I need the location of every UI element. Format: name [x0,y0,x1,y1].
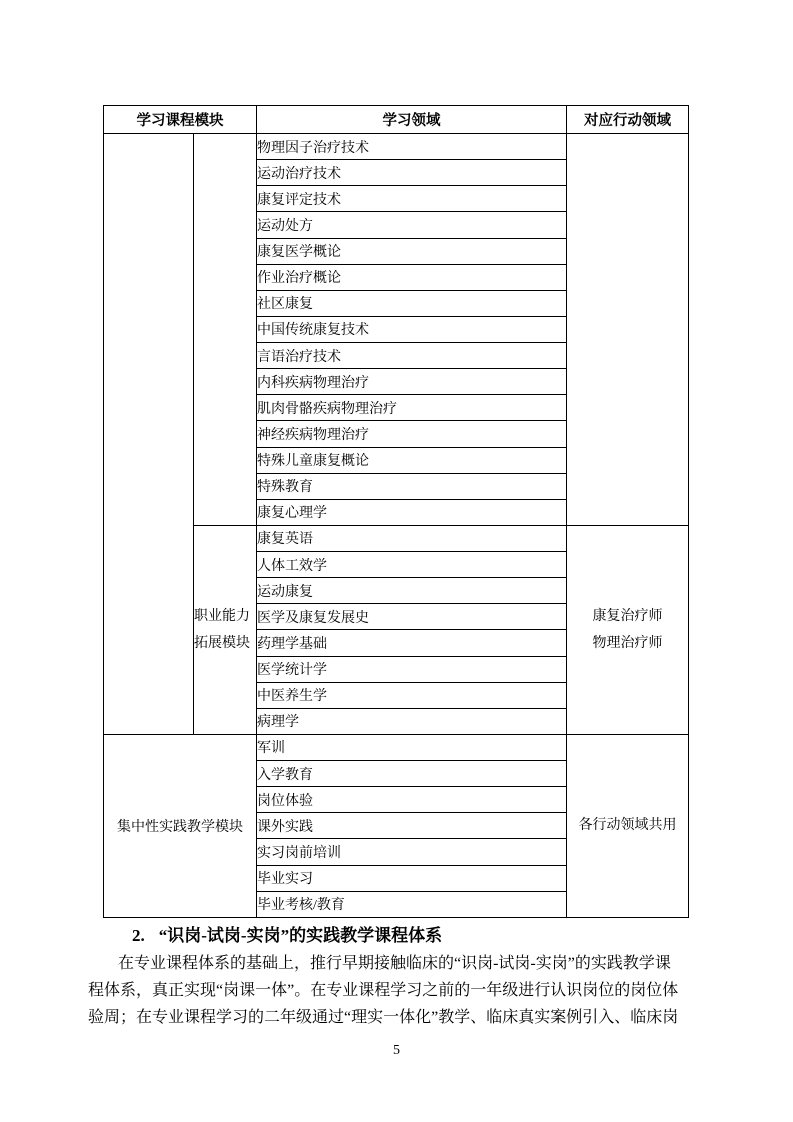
course-cell: 医学统计学 [257,656,567,682]
course-cell: 内科疾病物理治疗 [257,369,567,395]
curriculum-table: 学习课程模块 学习领域 对应行动领域 物理因子治疗技术 运动治疗技术 康复评定技… [103,105,689,918]
course-cell: 实习岗前培训 [257,839,567,865]
page-number: 5 [0,1043,793,1059]
course-cell: 人体工效学 [257,552,567,578]
course-cell: 特殊儿童康复概论 [257,447,567,473]
course-cell: 言语治疗技术 [257,343,567,369]
course-cell: 运动治疗技术 [257,160,567,186]
section-heading: 2.“识岗-试岗-实岗”的实践教学课程体系 [132,921,442,946]
course-cell: 物理因子治疗技术 [257,134,567,160]
course-cell: 药理学基础 [257,630,567,656]
course-cell: 运动处方 [257,212,567,238]
course-cell: 毕业实习 [257,865,567,891]
module-cell: 集中性实践教学模块 [104,734,257,917]
table-header-row: 学习课程模块 学习领域 对应行动领域 [104,106,689,134]
module-cell-empty [104,134,194,735]
course-cell: 康复心理学 [257,499,567,525]
course-cell: 毕业考核/教育 [257,891,567,917]
course-cell: 康复英语 [257,525,567,551]
paragraph-line: 验周；在专业课程学习的二年级通过“理实一体化”教学、临床真实案例引入、临床岗 [88,1004,706,1031]
header-action: 对应行动领域 [567,106,689,134]
header-field: 学习领域 [257,106,567,134]
course-cell: 医学及康复发展史 [257,604,567,630]
section-number: 2. [132,926,145,945]
course-cell: 课外实践 [257,813,567,839]
course-cell: 康复医学概论 [257,238,567,264]
course-cell: 康复评定技术 [257,186,567,212]
submodule-cell-empty [194,134,257,526]
course-cell: 中医养生学 [257,682,567,708]
course-cell: 特殊教育 [257,473,567,499]
header-module: 学习课程模块 [104,106,257,134]
course-cell: 病理学 [257,708,567,734]
section-title: “识岗-试岗-实岗”的实践教学课程体系 [159,926,442,945]
course-cell: 入学教育 [257,761,567,787]
body-paragraph: 在专业课程体系的基础上，推行早期接触临床的“识岗-试岗-实岗”的实践教学课 程体… [88,950,706,1031]
course-cell: 军训 [257,734,567,760]
table-row: 物理因子治疗技术 [104,134,689,160]
course-cell: 岗位体验 [257,787,567,813]
action-cell: 各行动领域共用 [567,734,689,917]
paragraph-line: 程体系，真正实现“岗课一体”。在专业课程学习之前的一年级进行认识岗位的岗位体 [88,977,706,1004]
course-cell: 作业治疗概论 [257,264,567,290]
course-cell: 运动康复 [257,578,567,604]
action-cell: 康复治疗师 物理治疗师 [567,525,689,734]
paragraph-line: 在专业课程体系的基础上，推行早期接触临床的“识岗-试岗-实岗”的实践教学课 [88,950,706,977]
action-cell-empty [567,134,689,526]
course-cell: 中国传统康复技术 [257,316,567,342]
course-cell: 社区康复 [257,290,567,316]
course-cell: 肌肉骨骼疾病物理治疗 [257,395,567,421]
document-page: 学习课程模块 学习领域 对应行动领域 物理因子治疗技术 运动治疗技术 康复评定技… [0,0,793,1122]
table-row: 集中性实践教学模块 军训 各行动领域共用 [104,734,689,760]
submodule-cell: 职业能力 拓展模块 [194,525,257,734]
course-cell: 神经疾病物理治疗 [257,421,567,447]
